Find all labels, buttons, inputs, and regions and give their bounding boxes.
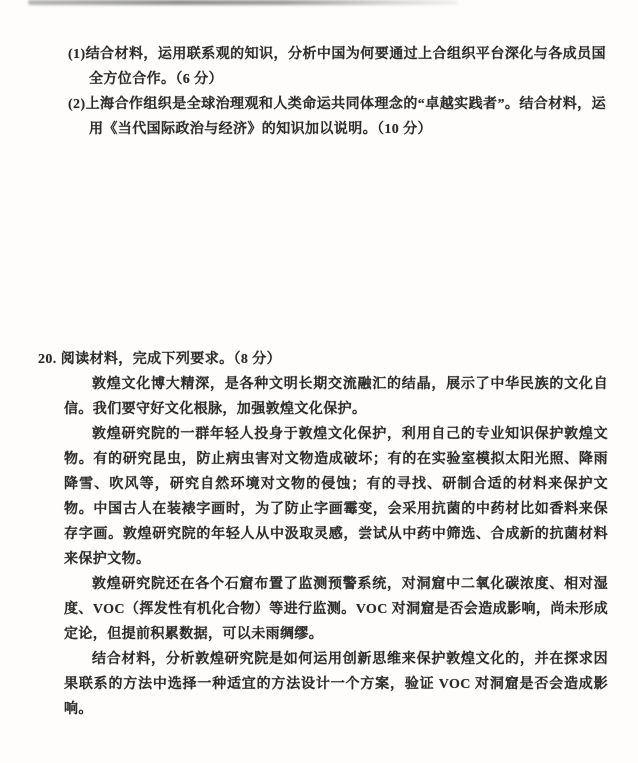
question-20-paragraph-1: 敦煌文化博大精深，是各种文明长期交流融汇的结晶，展示了中华民族的文化自信。我们要… xyxy=(64,372,608,422)
question-20: 20.阅读材料，完成下列要求。（8 分） 敦煌文化博大精深，是各种文明长期交流融… xyxy=(64,347,608,722)
part-1-text: 结合材料，运用联系观的知识，分析中国为何要通过上合组织平台深化与各成员国全方位合… xyxy=(86,47,606,87)
question-part-1: (1)结合材料，运用联系观的知识，分析中国为何要通过上合组织平台深化与各成员国全… xyxy=(68,42,606,92)
question-20-heading: 20.阅读材料，完成下列要求。（8 分） xyxy=(38,347,608,372)
question-20-task: 结合材料，分析敦煌研究院是如何运用创新思维来保护敦煌文化的，并在探求因果联系的方… xyxy=(64,647,608,722)
question-part-2: (2)上海合作组织是全球治理观和人类命运共同体理念的“卓越实践者”。结合材料，运… xyxy=(68,92,606,142)
exam-paper-page: (1)结合材料，运用联系观的知识，分析中国为何要通过上合组织平台深化与各成员国全… xyxy=(0,0,638,763)
question-20-intro: 阅读材料，完成下列要求。（8 分） xyxy=(61,352,281,367)
question-19-subparts: (1)结合材料，运用联系观的知识，分析中国为何要通过上合组织平台深化与各成员国全… xyxy=(68,42,606,142)
question-20-paragraph-2: 敦煌研究院的一群年轻人投身于敦煌文化保护，利用自己的专业知识保护敦煌文物。有的研… xyxy=(64,422,608,572)
question-20-paragraph-3: 敦煌研究院还在各个石窟布置了监测预警系统，对洞窟中二氧化碳浓度、相对湿度、VOC… xyxy=(64,572,608,647)
part-2-label: (2) xyxy=(68,97,86,112)
question-20-number: 20. xyxy=(38,352,57,367)
part-2-text: 上海合作组织是全球治理观和人类命运共同体理念的“卓越实践者”。结合材料，运用《当… xyxy=(86,97,606,137)
scan-artifact-streak xyxy=(28,0,458,5)
part-1-label: (1) xyxy=(68,47,86,62)
